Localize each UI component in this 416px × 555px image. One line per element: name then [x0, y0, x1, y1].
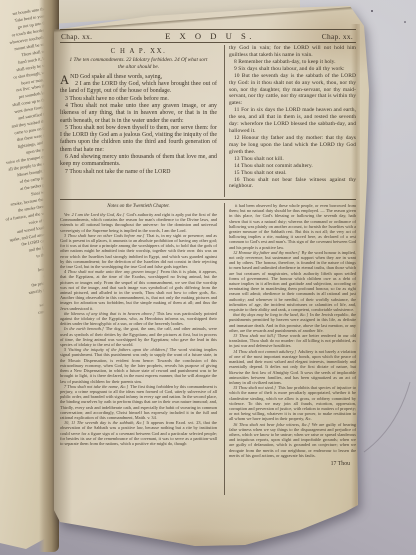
verse: 9 Six days shalt thou labour, and do all…: [229, 66, 356, 73]
printed-content: Chap. xx. E X O D U S. Chap. xx. C H A P…: [60, 4, 356, 495]
running-head: Chap. xx. E X O D U S. Chap. xx.: [60, 29, 356, 43]
verse: 8 Remember the sabbath-day, to keep it h…: [229, 59, 356, 66]
verse: 3 Thou shalt have no other Gods before m…: [60, 96, 217, 103]
verse: 6 And shewing mercy unto thousands of th…: [60, 154, 217, 169]
verse-text: ND God spake all these words, saying,: [70, 74, 162, 80]
verse: 7 Thou shalt not take the name of the LO…: [60, 169, 217, 176]
verse: 15 Thou shalt not steal.: [229, 170, 356, 177]
book-title: E X O D U S.: [159, 31, 255, 41]
verse: 12 Honour thy father and thy mother: tha…: [229, 135, 356, 156]
note-text: From this it is plain, it appears, that …: [60, 269, 217, 310]
head-rule-bottom: [60, 42, 356, 43]
note-text: This law prohibits that species of injus…: [229, 385, 356, 421]
notes-left-list: Ver. 2 I am the Lord thy God, &c.]God's …: [60, 212, 217, 446]
verses-left-list: 2 I am the LORD thy God, which have brou…: [60, 81, 217, 176]
note-paragraph: 5 Visiting the iniquity of the fathers u…: [60, 347, 217, 383]
book-photo: set bounds unto theTake heed to your-go …: [0, 0, 416, 555]
page-bottom-edge-shadow: [44, 529, 374, 555]
verse: AND God spake all these words, saying,: [60, 74, 217, 81]
verses-column-left: C H A P. XX. 1 The ten commandments. 22 …: [60, 45, 220, 197]
note-paragraph: In the earth beneath.]The dog, the goat,…: [60, 326, 217, 347]
note-paragraph: 14 Thou shalt not commit adultery.]Adult…: [229, 349, 356, 385]
notes-column-left: Notes on the Twentieth Chapter. Ver. 2 I…: [60, 203, 220, 495]
catchword: 17 Thou: [229, 458, 356, 467]
note-paragraph: the likeness of any thing that is in hea…: [60, 311, 217, 327]
notes-column-right: it had been observed by these whole peop…: [225, 203, 356, 495]
verse: 13 Thou shalt not kill.: [229, 156, 356, 163]
bible-page-exodus-xx: Chap. xx. E X O D U S. Chap. xx. C H A P…: [44, 4, 374, 555]
verse: 11 For in six days the LORD made heaven …: [229, 107, 356, 135]
note-text: it had been observed by these whole peop…: [229, 203, 356, 250]
background-speck: [404, 21, 406, 23]
running-head-right: Chap. xx.: [322, 32, 353, 41]
note-text: The first thing forbidden by this comman…: [60, 384, 217, 420]
verse: 14 Thou shalt not commit adultery.: [229, 163, 356, 170]
verses-section: C H A P. XX. 1 The ten commandments. 22 …: [60, 45, 356, 197]
notes-separator-rule: [60, 199, 356, 200]
note-text: We are guilty of bearing false witness w…: [229, 422, 356, 458]
note-text: That is, in my sight or presence; and as…: [60, 233, 217, 269]
note-paragraph: 10, 11 The seventh day is the sabbath, &…: [60, 420, 217, 446]
note-text: Adultery is not barely a violation of on…: [229, 349, 356, 385]
note-paragraph: it had been observed by these whole peop…: [229, 203, 356, 250]
verse: 16 Thou shalt not bear false witness aga…: [229, 177, 356, 191]
running-head-left: Chap. xx.: [61, 32, 92, 41]
note-paragraph: 7 Thou shalt not take the name, &c.]The …: [60, 384, 217, 420]
note-paragraph: 13 Thou shalt not kill.]These words are …: [229, 333, 356, 349]
verses-right-list: thy God in vain; for the LORD will not h…: [229, 45, 356, 190]
main-page-wrap: Chap. xx. E X O D U S. Chap. xx. C H A P…: [44, 4, 374, 555]
verse: 10 But the seventh day is the sabbath of…: [229, 73, 356, 108]
note-paragraph: 15 Thou shalt not steal.]This law prohib…: [229, 385, 356, 421]
note-paragraph: 3 Thou shalt have no other Gods before m…: [60, 233, 217, 269]
verses-column-right: thy God in vain; for the LORD will not h…: [225, 45, 356, 197]
drop-cap: A: [60, 74, 70, 86]
note-text: By the word honour is implied, not only …: [229, 250, 356, 312]
note-text: The word visiting implies signal punishm…: [60, 347, 217, 383]
notes-section: Notes on the Twentieth Chapter. Ver. 2 I…: [60, 203, 356, 495]
note-paragraph: 12 Honour thy father and thy mother.]By …: [229, 250, 356, 312]
note-paragraph: Ver. 2 I am the Lord thy God, &c.]God's …: [60, 212, 217, 233]
notes-heading: Notes on the Twentieth Chapter.: [60, 204, 217, 209]
chapter-argument: 1 The ten commandments. 22 Idolatry forb…: [68, 57, 209, 71]
verse: thy God in vain; for the LORD will not h…: [229, 45, 356, 59]
verse: 4 Thou shalt not make unto thee any grav…: [60, 103, 217, 125]
note-paragraph: 16 Thou shalt not bear false witness, &c…: [229, 422, 356, 458]
notes-right-list: it had been observed by these whole peop…: [229, 203, 356, 458]
chapter-heading: C H A P. XX.: [60, 48, 217, 55]
note-paragraph: that thy days may be long in the land, &…: [229, 312, 356, 333]
note-paragraph: 4 Thou shalt not make unto thee any grav…: [60, 269, 217, 311]
verse: 5 Thou shalt not bow down thyself to the…: [60, 125, 217, 154]
verse: 2 I am the LORD thy God, which have brou…: [60, 81, 217, 96]
